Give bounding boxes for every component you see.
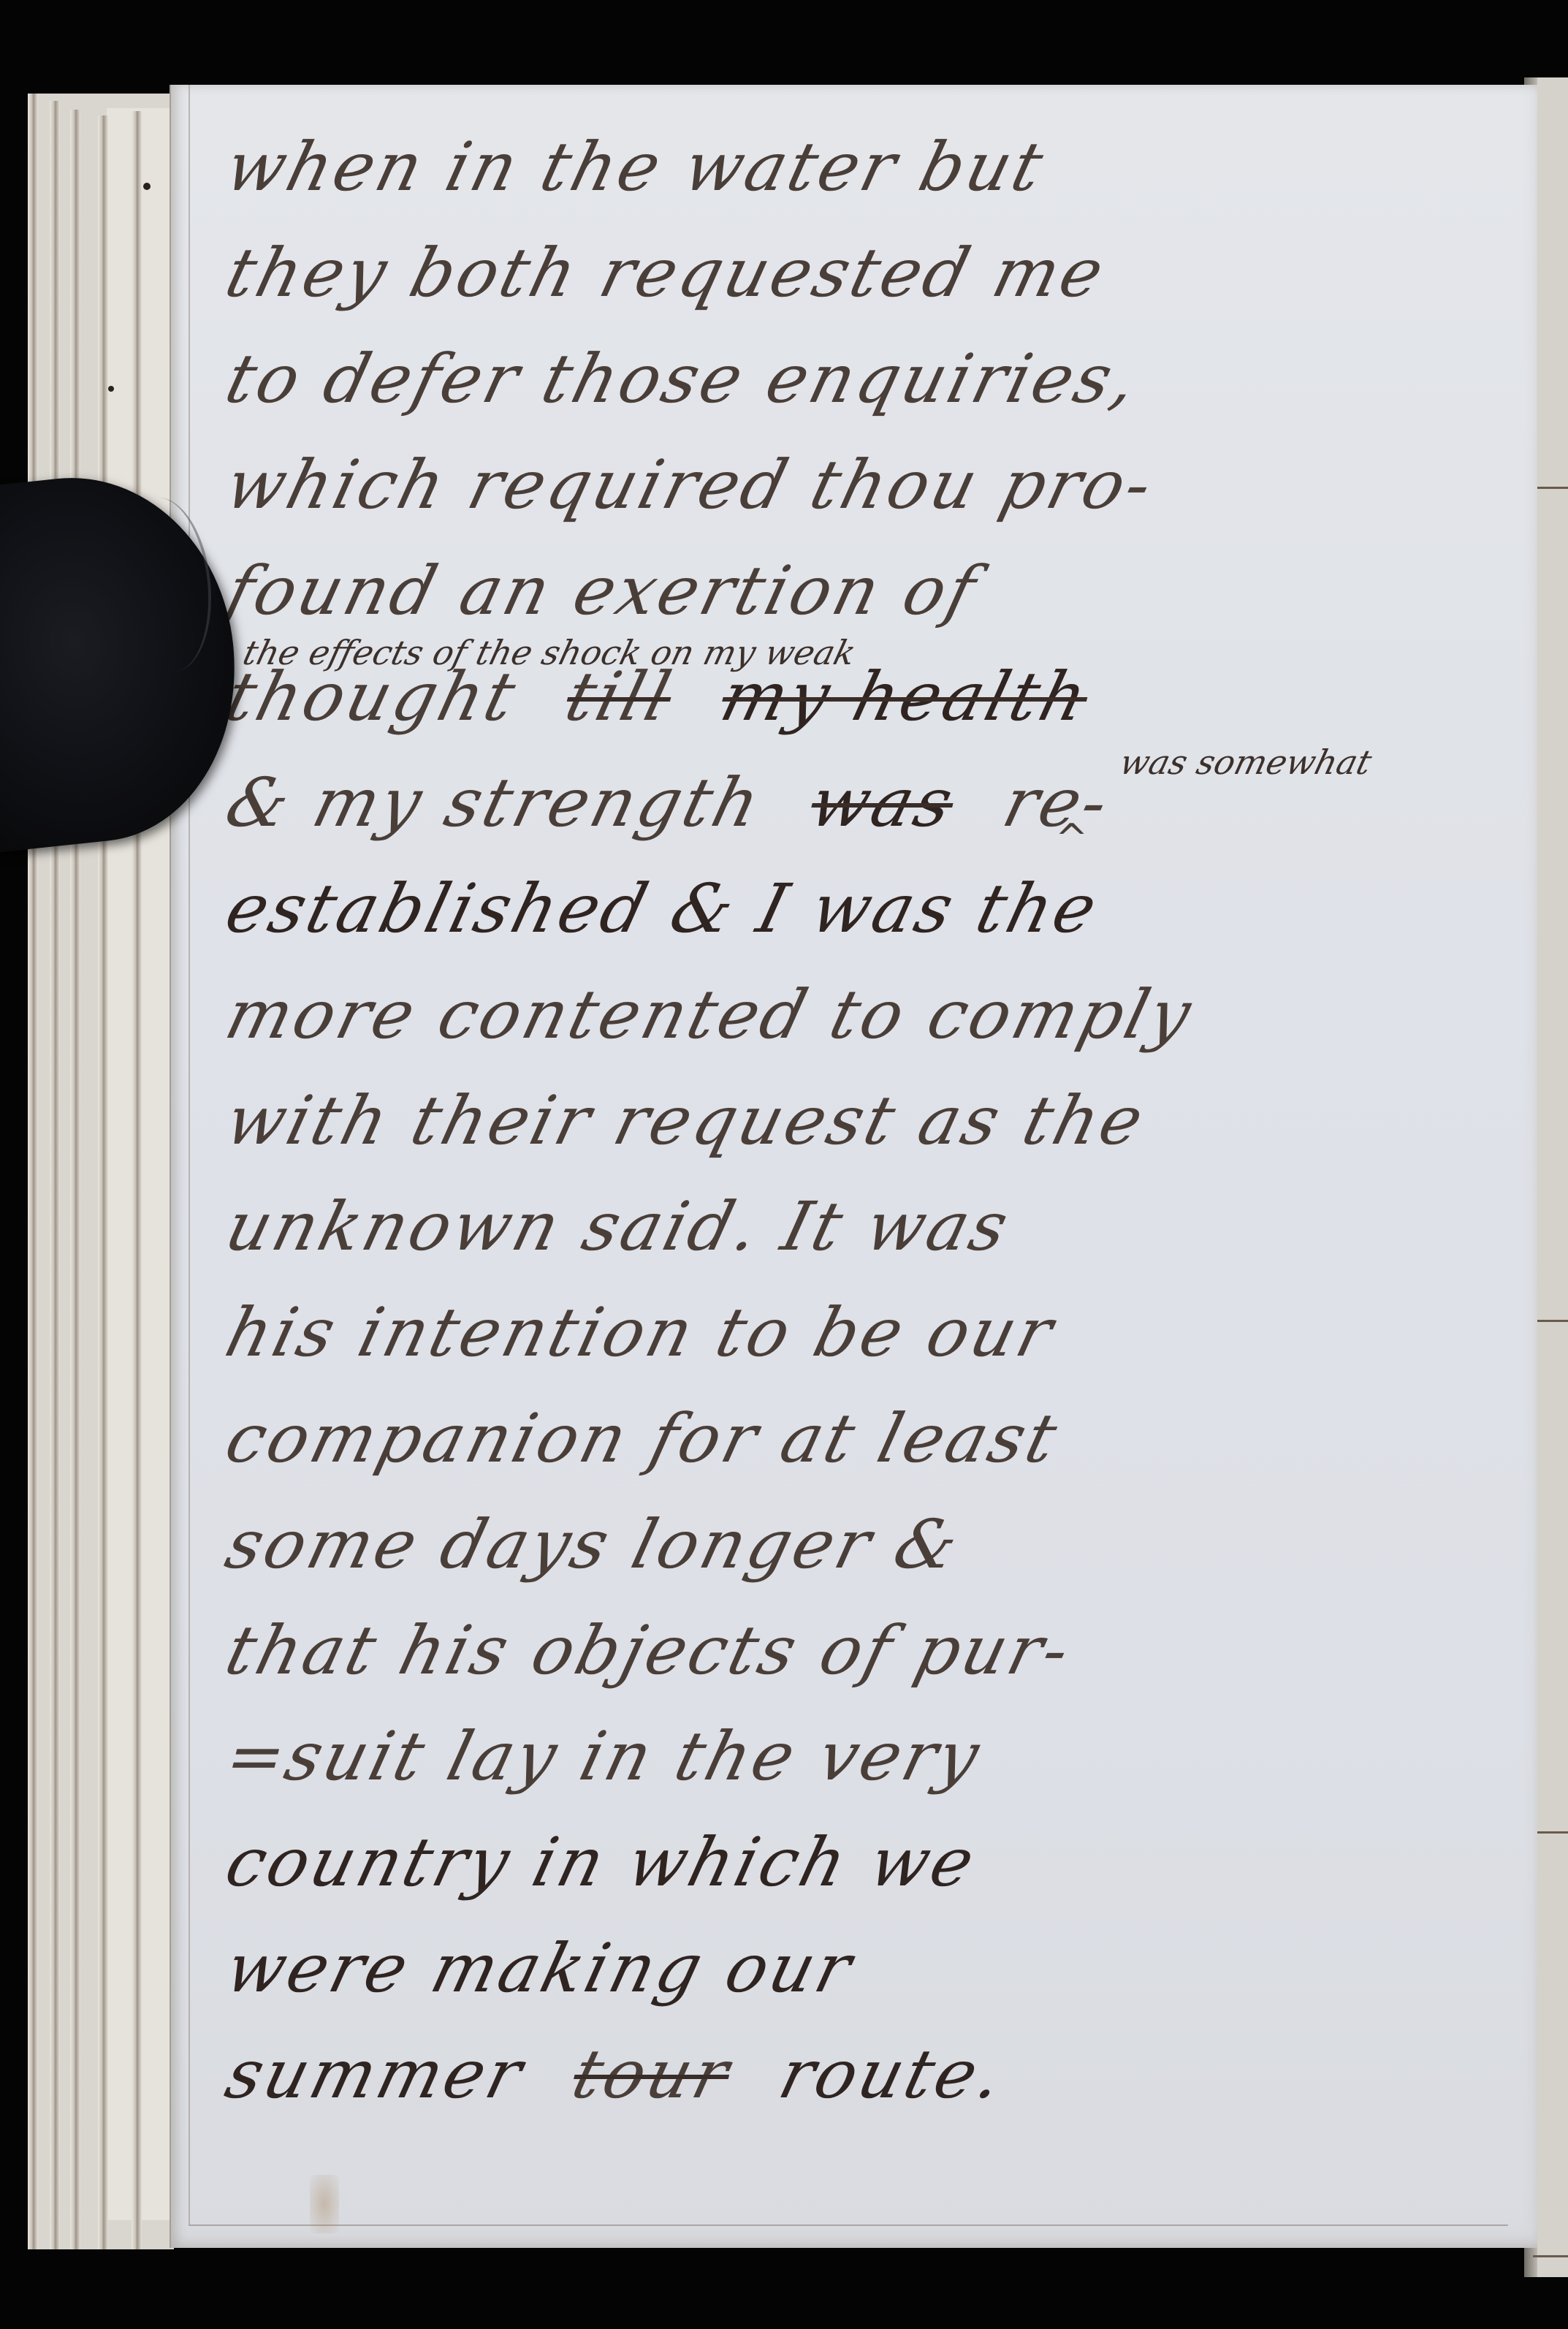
text-line: established & I was the — [215, 856, 1542, 962]
text-line: to defer those enquiries, — [215, 326, 1542, 432]
bottom-rule — [189, 2224, 1508, 2226]
text-line: more contented to comply — [215, 962, 1542, 1068]
text-line: his intention to be our — [215, 1280, 1542, 1386]
text-line: they both requested me — [215, 220, 1542, 326]
handwritten-text: when in the water but they both requeste… — [215, 114, 1515, 2127]
text-line: unknown said. It was — [215, 1174, 1542, 1280]
struck-word: tour — [562, 2021, 743, 2127]
page-edge — [132, 111, 142, 2249]
page-tab — [1533, 487, 1568, 489]
text-line: summer tour route. — [215, 2021, 1542, 2127]
page-edge — [98, 115, 108, 2249]
interlinear-insertion: the effects of the shock on my weak — [239, 633, 859, 672]
page-edge — [28, 94, 38, 2249]
text-line: =suit lay in the very — [215, 1703, 1542, 1809]
paper-stain — [310, 2175, 339, 2233]
page-edge — [50, 101, 60, 2249]
text-line: that his objects of pur- — [215, 1597, 1542, 1703]
ink-dot — [143, 183, 151, 190]
text-line: country in which we — [215, 1809, 1542, 1915]
text-line: some days longer & — [215, 1492, 1542, 1597]
struck-word: was — [799, 750, 967, 856]
page-tab — [1533, 2255, 1568, 2257]
interlinear-insertion: was somewhat — [1116, 742, 1376, 782]
text-line: were making our — [215, 1915, 1542, 2021]
insertion-caret: ^ — [1055, 816, 1088, 862]
margin-rule — [189, 85, 190, 2224]
text-line: companion for at least — [215, 1386, 1542, 1492]
left-page-stack — [28, 94, 174, 2249]
ink-dot — [108, 386, 114, 392]
page-tab — [1533, 1320, 1568, 1322]
text-line: found an exertion of — [215, 538, 1542, 644]
page-tab — [1533, 1831, 1568, 1834]
page-edge — [70, 110, 80, 2249]
text-line: with their request as the — [215, 1068, 1542, 1174]
manuscript-page: when in the water but they both requeste… — [170, 85, 1537, 2248]
text-line: when in the water but — [215, 114, 1542, 220]
text-line: which required thou pro- — [215, 432, 1542, 538]
